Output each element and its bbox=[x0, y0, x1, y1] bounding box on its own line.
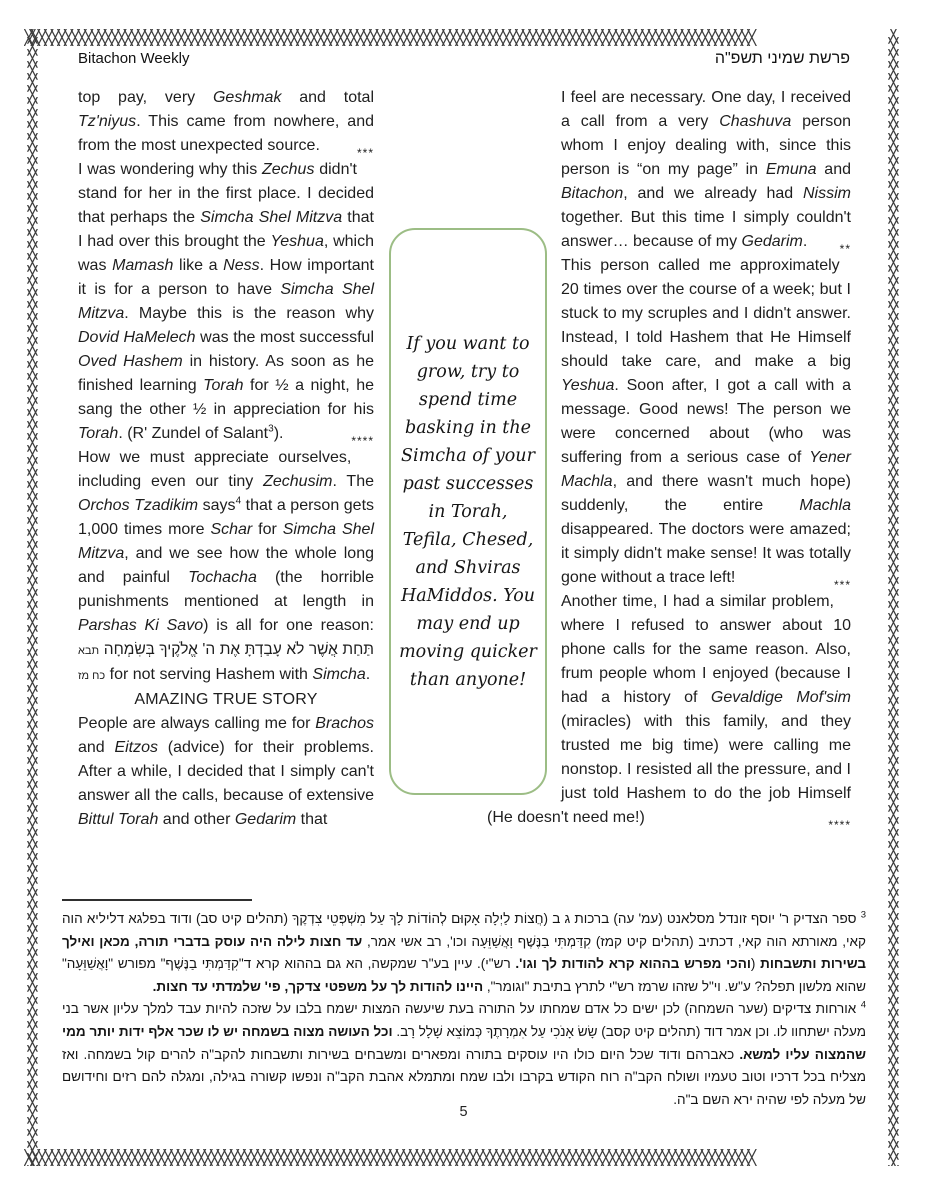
text-segment: People are always calling me for bbox=[78, 715, 315, 732]
text-segment: Machla bbox=[799, 497, 851, 514]
text-segment: Bittul Torah bbox=[78, 811, 158, 828]
text-segment: . The bbox=[332, 473, 374, 490]
text-segment: disappeared. The doctors were amazed; it… bbox=[561, 521, 851, 586]
text-segment: Bitachon bbox=[561, 185, 623, 202]
text-segment: together. But this time I simply couldn'… bbox=[561, 209, 851, 250]
text-segment: Simcha Shel Mitzva bbox=[200, 209, 342, 226]
text-segment: Eitzos bbox=[114, 739, 158, 756]
paragraph: top pay, very Geshmak and total Tz'niyus… bbox=[78, 86, 461, 158]
text-segment: Oved Hashem bbox=[78, 353, 183, 370]
text-segment: Nissim bbox=[803, 185, 851, 202]
text-segment: like a bbox=[173, 257, 223, 274]
text-segment: and total bbox=[281, 89, 374, 106]
text-segment: Emuna bbox=[766, 161, 817, 178]
section-end-asterisks: **** bbox=[828, 806, 851, 837]
text-segment: . Maybe this is the reason why bbox=[124, 305, 374, 322]
text-segment: Torah bbox=[78, 425, 118, 442]
text-segment: Ness bbox=[223, 257, 259, 274]
text-segment: . bbox=[803, 233, 807, 250]
decorative-border-left: ╳╳╳╳╳╳╳╳╳╳╳╳╳╳╳╳╳╳╳╳╳╳╳╳╳╳╳╳╳╳╳╳╳╳╳╳╳╳╳╳… bbox=[24, 29, 41, 1166]
text-segment: . bbox=[366, 666, 370, 683]
text-segment: Mamash bbox=[112, 257, 173, 274]
text-segment: Yeshua bbox=[561, 377, 614, 394]
text-segment: Torah bbox=[203, 377, 243, 394]
text-segment: היינו להודות לך על משפטי צדקך, פי' שלמדת… bbox=[153, 979, 483, 994]
text-segment: Gevaldige Mof'sim bbox=[711, 689, 851, 706]
newsletter-page: ╳╳╳╳╳╳╳╳╳╳╳╳╳╳╳╳╳╳╳╳╳╳╳╳╳╳╳╳╳╳╳╳╳╳╳╳╳╳╳╳… bbox=[0, 0, 927, 1200]
text-segment: This person called me approximately 20 t… bbox=[561, 257, 851, 370]
text-segment: that bbox=[296, 811, 327, 828]
section-end-asterisks: *** bbox=[357, 134, 374, 165]
text-segment: Gedarim bbox=[235, 811, 296, 828]
section-end-asterisks: ** bbox=[840, 230, 851, 261]
footnote: 4 אורחות צדיקים (שער השמחה) לכן ישים כל … bbox=[62, 998, 866, 1111]
text-segment: was the most successful bbox=[196, 329, 374, 346]
footnote-marker: 4 bbox=[861, 1000, 866, 1011]
section-end-asterisks: **** bbox=[351, 422, 374, 453]
text-segment: Simcha bbox=[312, 666, 365, 683]
text-segment: says bbox=[198, 497, 235, 514]
footnote: 3 ספר הצדיק ר' יוסף זונדל מסלאנט (עמ' עה… bbox=[62, 908, 866, 998]
section-end-asterisks: *** bbox=[834, 566, 851, 597]
text-segment: Chashuva bbox=[719, 113, 791, 130]
decorative-border-right: ╳╳╳╳╳╳╳╳╳╳╳╳╳╳╳╳╳╳╳╳╳╳╳╳╳╳╳╳╳╳╳╳╳╳╳╳╳╳╳╳… bbox=[885, 29, 902, 1166]
text-segment: I was wondering why this bbox=[78, 161, 262, 178]
text-segment: Dovid HaMelech bbox=[78, 329, 196, 346]
text-segment: , and we already had bbox=[623, 185, 803, 202]
parsha-title: פרשת שמיני תשפ"ה bbox=[715, 50, 850, 68]
text-segment: Orchos Tzadikim bbox=[78, 497, 198, 514]
text-segment: ) is all for one reason: bbox=[203, 617, 374, 634]
text-segment: Geshmak bbox=[213, 89, 281, 106]
text-segment: ). bbox=[274, 425, 284, 442]
text-segment: for not serving Hashem with bbox=[105, 666, 312, 683]
text-segment: Tochacha bbox=[188, 569, 257, 586]
text-segment: והכי מפרש בההוא קרא להודות לך וגו'. bbox=[515, 956, 751, 971]
text-segment: Zechus bbox=[262, 161, 314, 178]
quote-box: If you want to grow, try to spend time b… bbox=[389, 228, 547, 795]
text-segment: top pay, very bbox=[78, 89, 213, 106]
text-segment: Parshas Ki Savo bbox=[78, 617, 203, 634]
text-segment: Gedarim bbox=[742, 233, 803, 250]
text-segment: and bbox=[78, 739, 114, 756]
quote-text: If you want to grow, try to spend time b… bbox=[391, 324, 545, 700]
footnotes: 3 ספר הצדיק ר' יוסף זונדל מסלאנט (עמ' עה… bbox=[62, 908, 866, 1111]
footnote-marker: 3 bbox=[861, 910, 866, 921]
footnote-separator bbox=[62, 899, 252, 901]
text-segment: . (R' Zundel of Salant bbox=[118, 425, 268, 442]
text-segment: ( bbox=[751, 956, 760, 971]
text-segment: and other bbox=[158, 811, 235, 828]
text-segment: and bbox=[817, 161, 851, 178]
text-segment: תַּחַת אֲשֶׁר לֹא עָבַדְתָּ אֶת ה' אֱלֹק… bbox=[104, 641, 374, 658]
text-segment: Tz'niyus bbox=[78, 113, 136, 130]
text-segment: Brachos bbox=[315, 715, 374, 732]
text-segment: Schar bbox=[210, 521, 252, 538]
text-segment: for bbox=[252, 521, 282, 538]
newsletter-title: Bitachon Weekly bbox=[78, 50, 189, 68]
decorative-border-top: ╳╳╳╳╳╳╳╳╳╳╳╳╳╳╳╳╳╳╳╳╳╳╳╳╳╳╳╳╳╳╳╳╳╳╳╳╳╳╳╳… bbox=[24, 29, 903, 46]
page-number: 5 bbox=[0, 1104, 927, 1120]
text-segment: Zechusim bbox=[263, 473, 332, 490]
text-segment: Yeshua bbox=[270, 233, 323, 250]
decorative-border-bottom: ╳╳╳╳╳╳╳╳╳╳╳╳╳╳╳╳╳╳╳╳╳╳╳╳╳╳╳╳╳╳╳╳╳╳╳╳╳╳╳╳… bbox=[24, 1149, 903, 1166]
page-header: Bitachon Weekly פרשת שמיני תשפ"ה bbox=[78, 50, 850, 68]
